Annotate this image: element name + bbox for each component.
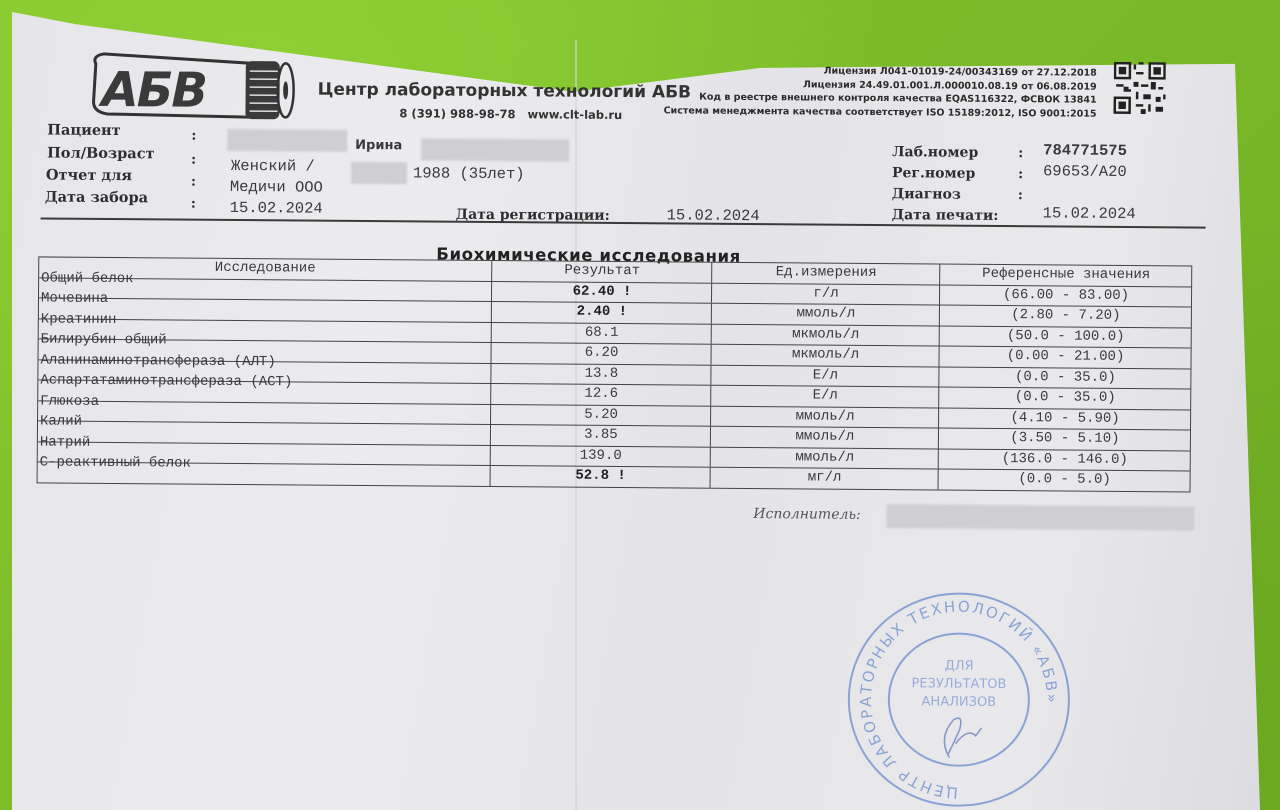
- test-unit: ммоль/л: [710, 447, 939, 468]
- test-name: Калий: [40, 412, 82, 432]
- redacted-surname: [227, 129, 347, 152]
- lab-report: АБВ Центр лабораторных технологий АБВ 8 …: [0, 0, 1280, 810]
- test-result: 62.40 !: [491, 281, 712, 302]
- test-name: Натрий: [40, 433, 91, 453]
- results-table: Исследование Результат Ед.измерения Рефе…: [37, 256, 1193, 492]
- phone: 8 (391) 988-98-78: [399, 106, 515, 121]
- test-result: 139.0: [490, 445, 711, 466]
- test-reference: (136.0 - 146.0): [938, 449, 1191, 470]
- svg-text:АБВ: АБВ: [97, 62, 206, 119]
- test-reference: (0.00 - 21.00): [938, 347, 1191, 368]
- report-for-label: Отчет для: [46, 166, 132, 184]
- test-name: Глюкоза: [40, 392, 99, 412]
- test-unit: ммоль/л: [710, 427, 939, 448]
- lab-number-label: Лаб.номер: [892, 144, 978, 161]
- test-name: С-реактивный белок: [40, 453, 191, 474]
- svg-text:РЕЗУЛЬТАТОВ: РЕЗУЛЬТАТОВ: [911, 676, 1006, 692]
- test-reference: (0.0 - 35.0): [938, 388, 1191, 409]
- print-date-value: 15.02.2024: [1043, 204, 1136, 223]
- colon: :: [1018, 187, 1023, 203]
- collection-date-value: 15.02.2024: [230, 199, 323, 218]
- birth-year-age: 1988 (35лет): [413, 164, 525, 183]
- test-result: 13.8: [490, 363, 711, 384]
- test-name: Аланинаминотрансфераза (АЛТ): [40, 351, 275, 372]
- test-result: 6.20: [491, 343, 712, 364]
- contacts: 8 (391) 988-98-78 www.clt-lab.ru: [399, 106, 622, 122]
- test-result: 5.20: [490, 404, 711, 425]
- reg-number-label: Рег.номер: [892, 165, 975, 182]
- test-reference: (2.80 - 7.20): [939, 306, 1192, 327]
- column-header-result: Результат: [491, 261, 712, 282]
- qr-code-icon: [1113, 62, 1165, 114]
- stamp-icon: ЦЕНТР ЛАБОРАТОРНЫХ ТЕХНОЛОГИЙ «АБВ» ДЛЯ …: [841, 587, 1078, 810]
- test-name: Мочевина: [41, 289, 108, 309]
- redacted-patronymic: [421, 138, 569, 161]
- test-name: Аспартатаминотрансфераза (АСТ): [40, 371, 292, 392]
- test-unit: мкмоль/л: [711, 324, 940, 345]
- test-unit: мг/л: [710, 468, 939, 489]
- colon: :: [191, 196, 196, 212]
- test-result: 3.85: [490, 425, 711, 446]
- test-result: 68.1: [491, 322, 712, 343]
- collection-date-label: Дата забора: [45, 188, 148, 206]
- test-result: 12.6: [490, 384, 711, 405]
- colon: :: [191, 174, 196, 190]
- test-unit: г/л: [711, 283, 940, 304]
- column-header-unit: Ед.измерения: [711, 263, 940, 284]
- test-result: 52.8 !: [490, 466, 711, 487]
- redacted-executor-name: [886, 504, 1194, 530]
- website-link[interactable]: www.clt-lab.ru: [528, 107, 623, 122]
- test-name: Билирубин общий: [41, 330, 167, 350]
- colon: :: [191, 128, 196, 144]
- print-date-label: Дата печати:: [892, 207, 999, 224]
- report-for-value: Медичи ООО: [230, 178, 323, 197]
- svg-text:АНАЛИЗОВ: АНАЛИЗОВ: [922, 694, 997, 710]
- patient-label: Пациент: [47, 121, 121, 139]
- test-unit: ммоль/л: [710, 406, 939, 427]
- header-divider: [41, 217, 1206, 228]
- patient-first-name: Ирина: [355, 138, 402, 153]
- test-name: Креатинин: [41, 310, 117, 330]
- abv-logo-icon: АБВ: [87, 46, 298, 126]
- test-reference: (4.10 - 5.90): [938, 408, 1191, 429]
- licenses-block: Лицензия Л041-01019-24/00343169 от 27.12…: [664, 63, 1097, 120]
- sex-value: Женский /: [231, 157, 315, 176]
- diagnosis-label: Диагноз: [892, 186, 961, 203]
- reg-number-value: 69653/А20: [1043, 162, 1127, 181]
- test-name: Общий белок: [41, 269, 134, 289]
- organization-name: Центр лабораторных технологий АБВ: [318, 80, 692, 103]
- test-reference: (0.0 - 35.0): [938, 367, 1191, 388]
- colon: :: [1018, 166, 1023, 182]
- test-unit: мкмоль/л: [710, 345, 939, 366]
- lab-number-value: 784771575: [1043, 141, 1127, 160]
- test-reference: (66.00 - 83.00): [939, 285, 1192, 306]
- test-reference: (50.0 - 100.0): [939, 326, 1192, 347]
- test-unit: Е/л: [710, 365, 939, 386]
- executor-label: Исполнитель:: [753, 506, 861, 523]
- test-result: 2.40 !: [491, 302, 712, 323]
- sex-age-label: Пол/Возраст: [47, 144, 155, 162]
- test-unit: Е/л: [710, 386, 939, 407]
- test-unit: ммоль/л: [711, 304, 940, 325]
- test-reference: (3.50 - 5.10): [938, 429, 1191, 450]
- colon: :: [1018, 145, 1023, 161]
- test-reference: (0.0 - 5.0): [938, 470, 1191, 491]
- redacted-birth-date: [351, 162, 407, 184]
- column-header-reference: Референсные значения: [939, 265, 1192, 286]
- svg-text:ДЛЯ: ДЛЯ: [945, 659, 974, 674]
- license-line: Система менеджмента качества соответству…: [664, 104, 1097, 121]
- colon: :: [191, 152, 196, 168]
